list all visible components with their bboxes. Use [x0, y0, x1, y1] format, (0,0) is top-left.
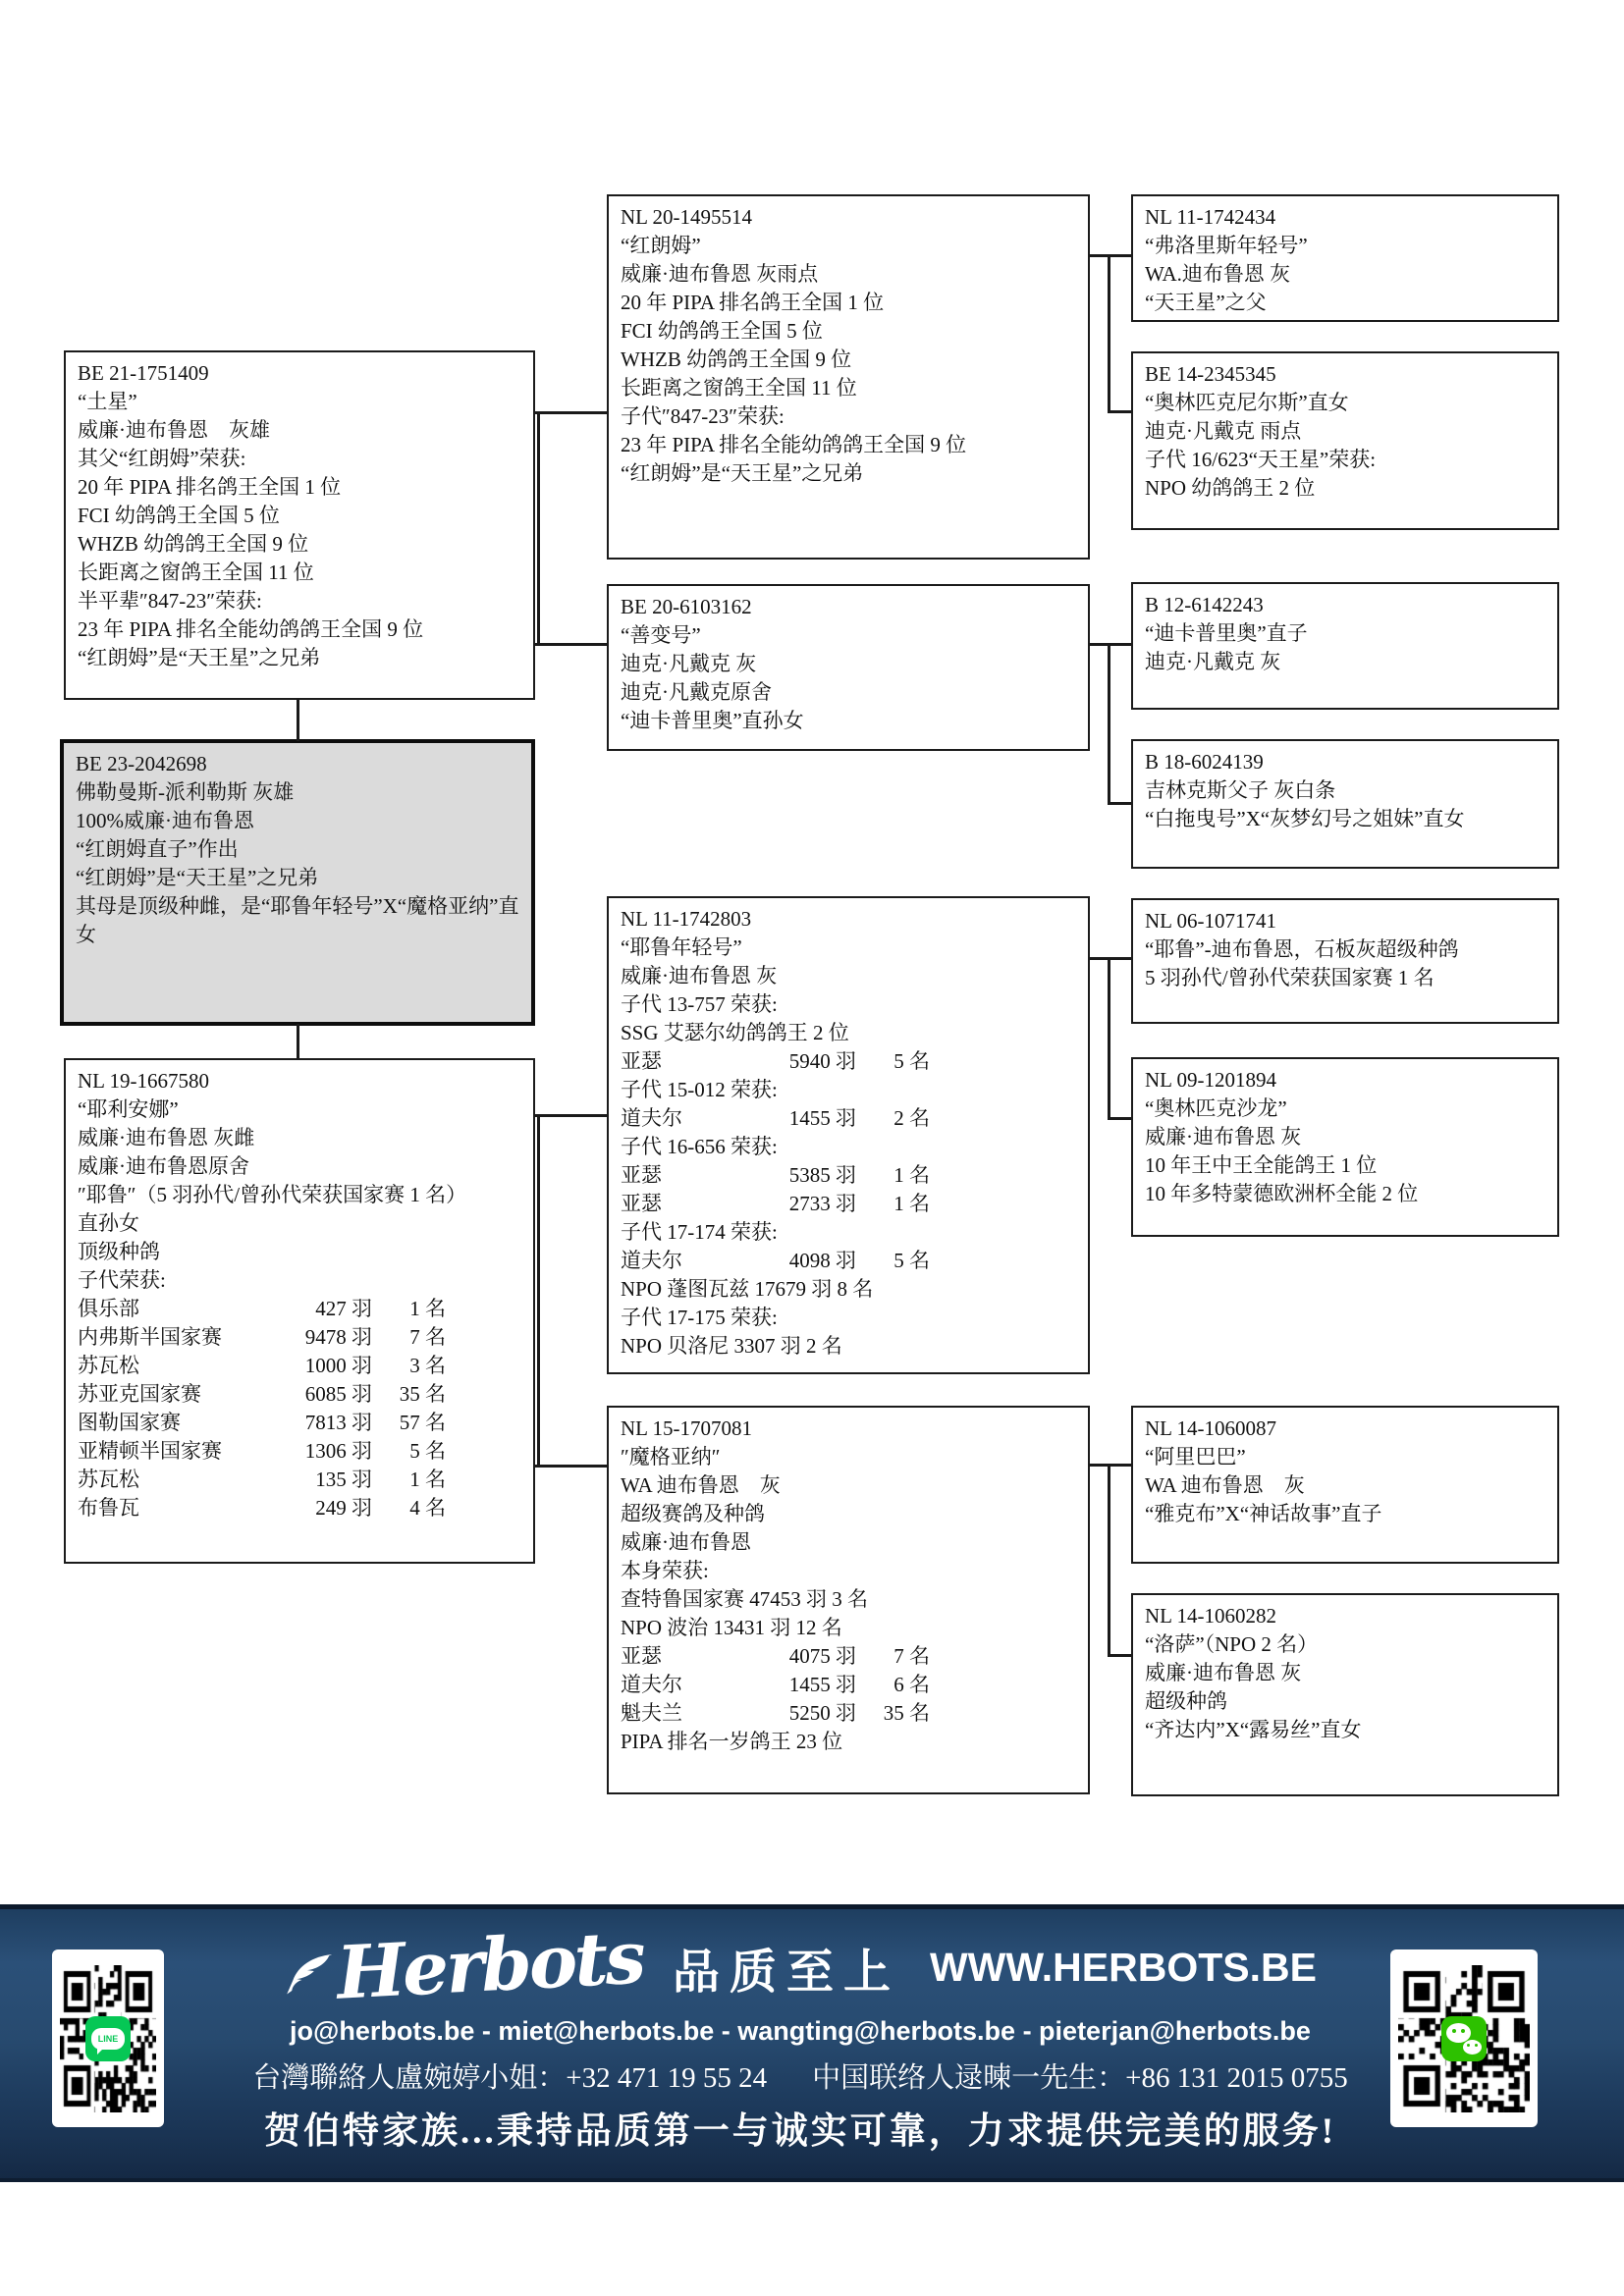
- pedigree-box-sire-dam-dam: B 18-6024139吉林克斯父子 灰白条“白拖曳号”X“灰梦幻号之姐妹”直女: [1131, 739, 1559, 869]
- connector-line: [1108, 254, 1110, 413]
- pedigree-box-dam-sire-dam: NL 09-1201894“奥林匹克沙龙”威廉·迪布鲁恩 灰10 年王中王全能鸽…: [1131, 1057, 1559, 1237]
- connector-line: [535, 411, 609, 414]
- feather-icon: [283, 1952, 336, 1999]
- pedigree-box-dam-sire: NL 11-1742803“耶鲁年轻号”威廉·迪布鲁恩 灰子代 13-757 荣…: [607, 896, 1090, 1374]
- connector-line: [535, 643, 609, 646]
- connector-line: [1108, 1117, 1131, 1120]
- pedigree-box-sire-sire-sire: NL 11-1742434“弗洛里斯年轻号”WA.迪布鲁恩 灰“天王星”之父: [1131, 194, 1559, 322]
- pedigree-box-sire-dam: BE 20-6103162“善变号”迪克·凡戴克 灰迪克·凡戴克原舍“迪卡普里奥…: [607, 584, 1090, 751]
- pedigree-box-sire-dam-sire: B 12-6142243“迪卡普里奥”直子迪克·凡戴克 灰: [1131, 582, 1559, 710]
- footer-website: WWW.HERBOTS.BE: [930, 1945, 1317, 1991]
- pedigree-box-dam-dam-sire: NL 14-1060087“阿里巴巴”WA 迪布鲁恩 灰“雅克布”X“神话故事”…: [1131, 1406, 1559, 1564]
- connector-line: [1090, 643, 1131, 646]
- herbots-logo: Herbots: [282, 1921, 644, 2012]
- line-icon: LINE: [85, 2016, 131, 2061]
- brand-name: Herbots: [335, 1921, 644, 2009]
- pedigree-box-dam-dam: NL 15-1707081″魔格亚纳″WA 迪布鲁恩 灰超级赛鸽及种鸽威廉·迪布…: [607, 1406, 1090, 1794]
- connector-line: [1108, 957, 1110, 1120]
- footer-logo-row: Herbots 品质至上 WWW.HERBOTS.BE: [196, 1920, 1404, 2014]
- pedigree-box-sire-sire-dam: BE 14-2345345“奥林匹克尼尔斯”直女迪克·凡戴克 雨点子代 16/6…: [1131, 351, 1559, 530]
- footer-slogan: 贺伯特家族...秉持品质第一与诚实可靠，力求提供完美的服务!: [177, 2101, 1424, 2154]
- pedigree-box-subject: BE 23-2042698佛勒曼斯-派利勒斯 灰雄100%威廉·迪布鲁恩“红朗姆…: [60, 739, 535, 1026]
- pedigree-page: BE 21-1751409“土星”威廉·迪布鲁恩 灰雄其父“红朗姆”荣获:20 …: [0, 0, 1624, 2296]
- contact-taiwan: 台灣聯絡人盧婉婷小姐：+32 471 19 55 24: [252, 2056, 767, 2096]
- connector-line: [1090, 957, 1131, 960]
- connector-line: [537, 1114, 540, 1468]
- pedigree-box-dam-sire-sire: NL 06-1071741“耶鲁”-迪布鲁恩，石板灰超级种鸽5 羽孙代/曾孙代荣…: [1131, 898, 1559, 1024]
- wechat-icon: [1441, 2016, 1487, 2061]
- connector-line: [1108, 802, 1131, 805]
- connector-line: [537, 411, 540, 646]
- connector-line: [297, 700, 299, 741]
- connector-line: [1090, 1464, 1131, 1467]
- connector-line: [1108, 1464, 1110, 1657]
- connector-line: [297, 1024, 299, 1058]
- pedigree-box-dam-dam-dam: NL 14-1060282“洛萨”（NPO 2 名）威廉·迪布鲁恩 灰超级种鸽“…: [1131, 1593, 1559, 1796]
- pedigree-box-dam: NL 19-1667580“耶利安娜”威廉·迪布鲁恩 灰雌威廉·迪布鲁恩原舍″耶…: [64, 1058, 535, 1564]
- connector-line: [1108, 643, 1110, 805]
- connector-line: [1108, 410, 1131, 413]
- contact-china: 中国联络人逯暕一先生：+86 131 2015 0755: [812, 2056, 1348, 2096]
- connector-line: [535, 1465, 609, 1468]
- connector-line: [535, 1114, 609, 1117]
- pedigree-box-sire: BE 21-1751409“土星”威廉·迪布鲁恩 灰雄其父“红朗姆”荣获:20 …: [64, 350, 535, 700]
- qr-card-line: LINE: [52, 1949, 164, 2127]
- connector-line: [1108, 1654, 1131, 1657]
- footer-emails: jo@herbots.be - miet@herbots.be - wangti…: [177, 2016, 1424, 2047]
- connector-line: [1090, 254, 1131, 257]
- footer-contacts: 台灣聯絡人盧婉婷小姐：+32 471 19 55 24 中国联络人逯暕一先生：+…: [177, 2056, 1424, 2096]
- footer-tagline: 品质至上: [673, 1934, 900, 2002]
- pedigree-box-sire-sire: NL 20-1495514“红朗姆”威廉·迪布鲁恩 灰雨点20 年 PIPA 排…: [607, 194, 1090, 560]
